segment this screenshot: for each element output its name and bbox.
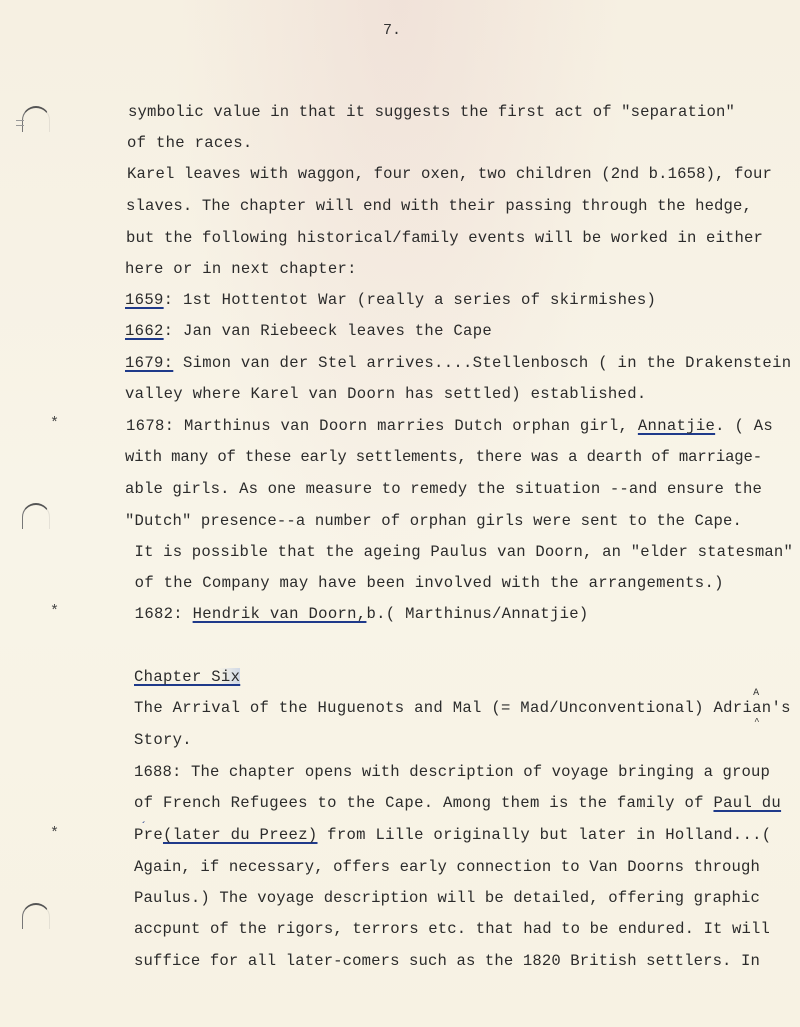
text-line: 1688: The chapter opens with description… — [134, 762, 770, 782]
text-line: Pre´(later du Preez) from Lille original… — [134, 825, 771, 845]
accent-insertion: Pre´ — [134, 825, 163, 845]
text-line: accpunt of the rigors, terrors etc. that… — [134, 919, 770, 939]
text-line: Story. — [134, 730, 192, 750]
chapter-heading: Chapter Six — [134, 667, 240, 687]
caret-mark: ^ — [754, 712, 760, 732]
event-line: valley where Karel van Doorn has settled… — [125, 384, 647, 404]
birth-suffix: b.( Marthinus/Annatjie) — [366, 605, 588, 623]
marriage-suffix: . ( As — [715, 417, 773, 435]
event-text: Simon van der Stel arrives....Stellenbos… — [173, 354, 791, 372]
annatjie-name: Annatjie — [638, 417, 715, 435]
marriage-line: 1678: Marthinus van Doorn marries Dutch … — [126, 416, 773, 436]
margin-asterisk: * — [50, 415, 59, 432]
text-line: It is possible that the ageing Paulus va… — [125, 542, 793, 562]
text-line: able girls. As one measure to remedy the… — [125, 479, 762, 499]
event-line: 1659: 1st Hottentot War (really a series… — [125, 290, 656, 310]
margin-asterisk: * — [50, 603, 59, 620]
document-page: 7. * * * symbolic value in that it sugge… — [0, 0, 800, 1027]
binder-hole-tick — [16, 120, 24, 126]
event-separator: : — [164, 322, 174, 340]
event-text: 1st Hottentot War (really a series of sk… — [173, 291, 656, 309]
binder-hole-mark — [22, 903, 50, 929]
event-year: 1662 — [125, 322, 164, 340]
paul-du-pre-name-cont: Pre´(later du Preez) — [134, 826, 318, 844]
text-line: of French Refugees to the Cape. Among th… — [134, 793, 781, 813]
name-part: (later du Preez) — [163, 826, 318, 844]
page-number: 7. — [383, 22, 401, 39]
binder-hole-mark — [22, 503, 50, 529]
birth-line: 1682: Hendrik van Doorn,b.( Marthinus/An… — [125, 604, 589, 624]
text-line: with many of these early settlements, th… — [125, 447, 762, 467]
event-year: 1659 — [125, 291, 164, 309]
marriage-prefix: 1678: Marthinus van Doorn marries Dutch … — [126, 417, 638, 435]
text-segment: of French Refugees to the Cape. Among th… — [134, 794, 713, 812]
text-line: Karel leaves with waggon, four oxen, two… — [127, 164, 772, 184]
chapter-title-before: The Arrival of the Huguenots and Mal (= … — [134, 699, 752, 717]
birth-prefix: 1682: — [125, 605, 193, 623]
handwritten-insertion: aA^ — [752, 698, 762, 718]
hendrik-name: Hendrik van Doorn, — [193, 605, 367, 623]
text-line: Paulus.) The voyage description will be … — [134, 888, 760, 908]
text-line: of the Company may have been involved wi… — [125, 573, 724, 593]
chapter-title-after: n's — [762, 699, 791, 717]
text-line: "Dutch" presence--a number of orphan gir… — [125, 511, 742, 531]
text-line: symbolic value in that it suggests the f… — [128, 102, 735, 122]
text-segment: from Lille originally but later in Holla… — [318, 826, 772, 844]
text-line: slaves. The chapter will end with their … — [126, 196, 752, 216]
inserted-letter: A — [753, 684, 759, 704]
text-line: suffice for all later-comers such as the… — [134, 951, 760, 971]
paul-du-pre-name: Paul du — [713, 794, 781, 812]
text-line: Again, if necessary, offers early connec… — [134, 857, 760, 877]
event-year: 1679: — [125, 354, 173, 372]
name-part: Pre — [134, 826, 163, 844]
text-line: but the following historical/family even… — [126, 228, 763, 248]
accent-mark: ´ — [140, 817, 148, 837]
binder-hole-mark — [22, 106, 50, 132]
text-line: here or in next chapter: — [125, 259, 357, 279]
chapter-heading-text: Chapter Six — [134, 668, 240, 686]
chapter-title-line: The Arrival of the Huguenots and Mal (= … — [134, 698, 791, 718]
event-separator: : — [164, 291, 174, 309]
event-text: Jan van Riebeeck leaves the Cape — [173, 322, 492, 340]
event-line: 1662: Jan van Riebeeck leaves the Cape — [125, 321, 492, 341]
event-line: 1679: Simon van der Stel arrives....Stel… — [125, 353, 791, 373]
text-line: of the races. — [127, 133, 253, 153]
margin-asterisk: * — [50, 825, 59, 842]
